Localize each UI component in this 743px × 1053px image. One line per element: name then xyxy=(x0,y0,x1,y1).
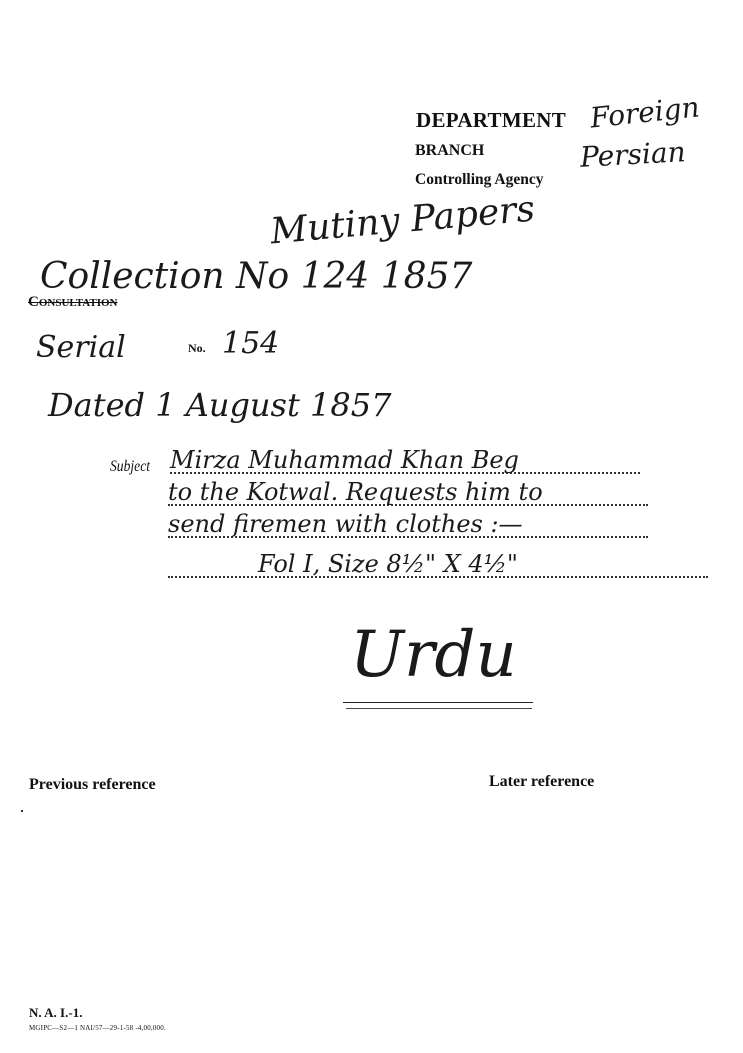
later-reference-label: Later reference xyxy=(489,773,594,791)
language-annotation: Urdu xyxy=(350,618,517,692)
subject-label: Subject xyxy=(110,458,150,476)
subject-line: Mirza Muhammad Khan Beg xyxy=(170,446,640,476)
serial-number: 154 xyxy=(222,326,279,361)
branch-label: BRANCH xyxy=(415,142,484,160)
dated-field: Dated 1 August 1857 xyxy=(48,386,391,424)
serial-handwritten-label: Serial xyxy=(36,330,126,365)
language-underline xyxy=(346,708,532,709)
serial-no-label: No. xyxy=(188,341,206,356)
collection-number: Collection No 124 1857 xyxy=(40,256,472,297)
subject-line: Fol I, Size 8½" X 4½" xyxy=(168,550,708,580)
department-label: DEPARTMENT xyxy=(416,108,566,133)
ink-speck xyxy=(21,810,23,812)
branch-value: Persian xyxy=(579,135,686,173)
form-code: N. A. I.-1. xyxy=(29,1005,82,1021)
subject-line: send firemen with clothes :— xyxy=(168,510,648,540)
print-line: MGIPC—S2—1 NAI/57—29-1-58 -4,00,000. xyxy=(29,1024,166,1032)
language-underline xyxy=(343,702,533,703)
consultation-label: Consultation xyxy=(28,294,118,311)
previous-reference-label: Previous reference xyxy=(29,776,156,794)
collection-title: Mutiny Papers xyxy=(269,189,537,253)
controlling-agency-label: Controlling Agency xyxy=(415,171,543,189)
department-value: Foreign xyxy=(589,90,701,134)
subject-line: to the Kotwal. Requests him to xyxy=(168,478,648,508)
